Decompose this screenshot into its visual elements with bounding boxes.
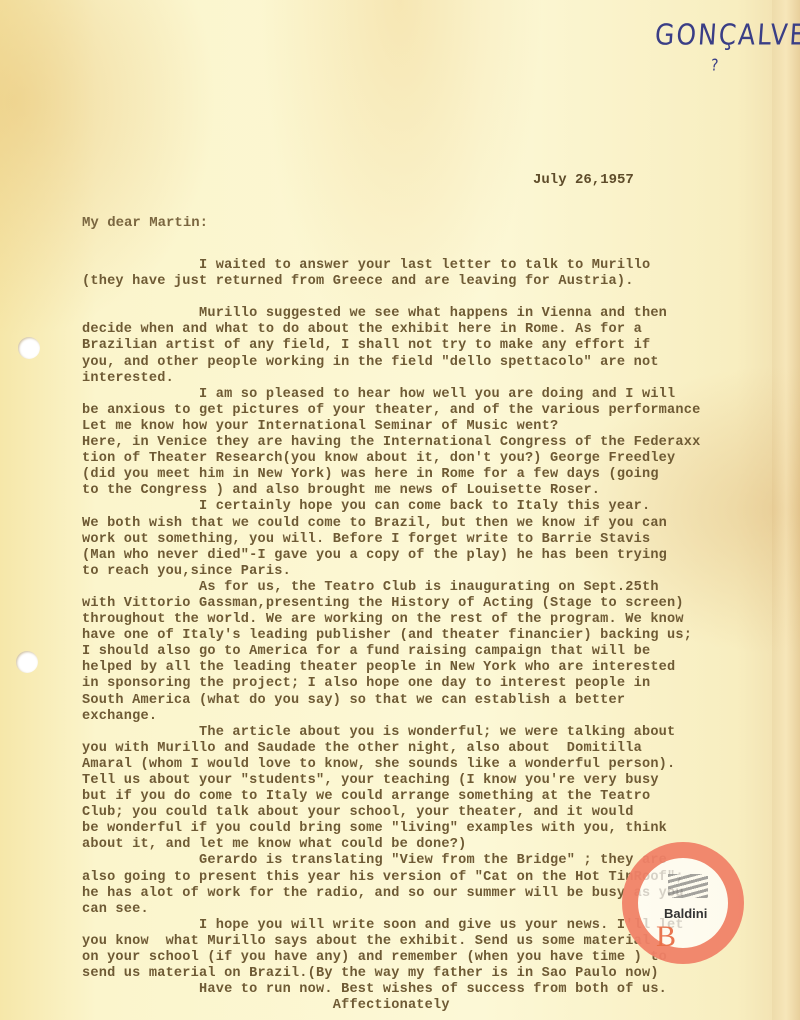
baldini-stamp: Baldini B xyxy=(622,842,744,964)
letter-line: I certainly hope you can come back to It… xyxy=(82,499,780,515)
punch-hole-top xyxy=(18,337,40,359)
letter-line: Have to run now. Best wishes of success … xyxy=(82,982,780,998)
stamp-lines-icon xyxy=(668,874,708,898)
letter-line: Affectionately xyxy=(82,998,780,1014)
letter-line: Club; you could talk about your school, … xyxy=(82,805,780,821)
letter-line: you with Murillo and Saudade the other n… xyxy=(82,741,780,757)
letter-line: Murillo suggested we see what happens in… xyxy=(82,306,780,322)
letter-salutation: My dear Martin: xyxy=(82,215,208,231)
letter-line: but if you do come to Italy we could arr… xyxy=(82,789,780,805)
letter-date: July 26,1957 xyxy=(533,172,634,188)
letter-line: The article about you is wonderful; we w… xyxy=(82,725,780,741)
letter-line: I should also go to America for a fund r… xyxy=(82,644,780,660)
letter-line: As for us, the Teatro Club is inaugurati… xyxy=(82,580,780,596)
letter-line: exchange. xyxy=(82,709,780,725)
letter-line: to the Congress ) and also brought me ne… xyxy=(82,483,780,499)
letter-line: I waited to answer your last letter to t… xyxy=(82,258,780,274)
handwritten-question-mark: ? xyxy=(710,57,721,75)
letter-line: send us material on Brazil.(By the way m… xyxy=(82,966,780,982)
letter-line: tion of Theater Research(you know about … xyxy=(82,451,780,467)
letter-line: to reach you,since Paris. xyxy=(82,564,780,580)
letter-line: (did you meet him in New York) was here … xyxy=(82,467,780,483)
letter-line: with Vittorio Gassman,presenting the His… xyxy=(82,596,780,612)
letter-line: Here, in Venice they are having the Inte… xyxy=(82,435,780,451)
letter-line: We both wish that we could come to Brazi… xyxy=(82,516,780,532)
letter-line: work out something, you will. Before I f… xyxy=(82,532,780,548)
handwritten-annotation: GONÇALVES ? xyxy=(654,18,800,51)
stamp-brand-text: Baldini xyxy=(664,906,707,921)
letter-line: have one of Italy's leading publisher (a… xyxy=(82,628,780,644)
letter-line: you, and other people working in the fie… xyxy=(82,355,780,371)
handwritten-name: GONÇALVES xyxy=(654,18,800,51)
letter-line: Brazilian artist of any field, I shall n… xyxy=(82,338,780,354)
letter-line xyxy=(82,290,780,306)
letter-line: decide when and what to do about the exh… xyxy=(82,322,780,338)
letter-line: I am so pleased to hear how well you are… xyxy=(82,387,780,403)
letter-line: be anxious to get pictures of your theat… xyxy=(82,403,780,419)
letter-line: South America (what do you say) so that … xyxy=(82,693,780,709)
letter-line: Let me know how your International Semin… xyxy=(82,419,780,435)
letter-line: be wonderful if you could bring some "li… xyxy=(82,821,780,837)
letter-line: helped by all the leading theater people… xyxy=(82,660,780,676)
letter-line: (they have just returned from Greece and… xyxy=(82,274,780,290)
letter-line: throughout the world. We are working on … xyxy=(82,612,780,628)
punch-hole-bottom xyxy=(16,651,38,673)
stamp-logo-icon: B xyxy=(656,922,676,952)
letter-line: interested. xyxy=(82,371,780,387)
letter-line: Tell us about your "students", your teac… xyxy=(82,773,780,789)
letter-line: in sponsoring the project; I also hope o… xyxy=(82,676,780,692)
letter-line: Amaral (whom I would love to know, she s… xyxy=(82,757,780,773)
letter-line: (Man who never died"-I gave you a copy o… xyxy=(82,548,780,564)
